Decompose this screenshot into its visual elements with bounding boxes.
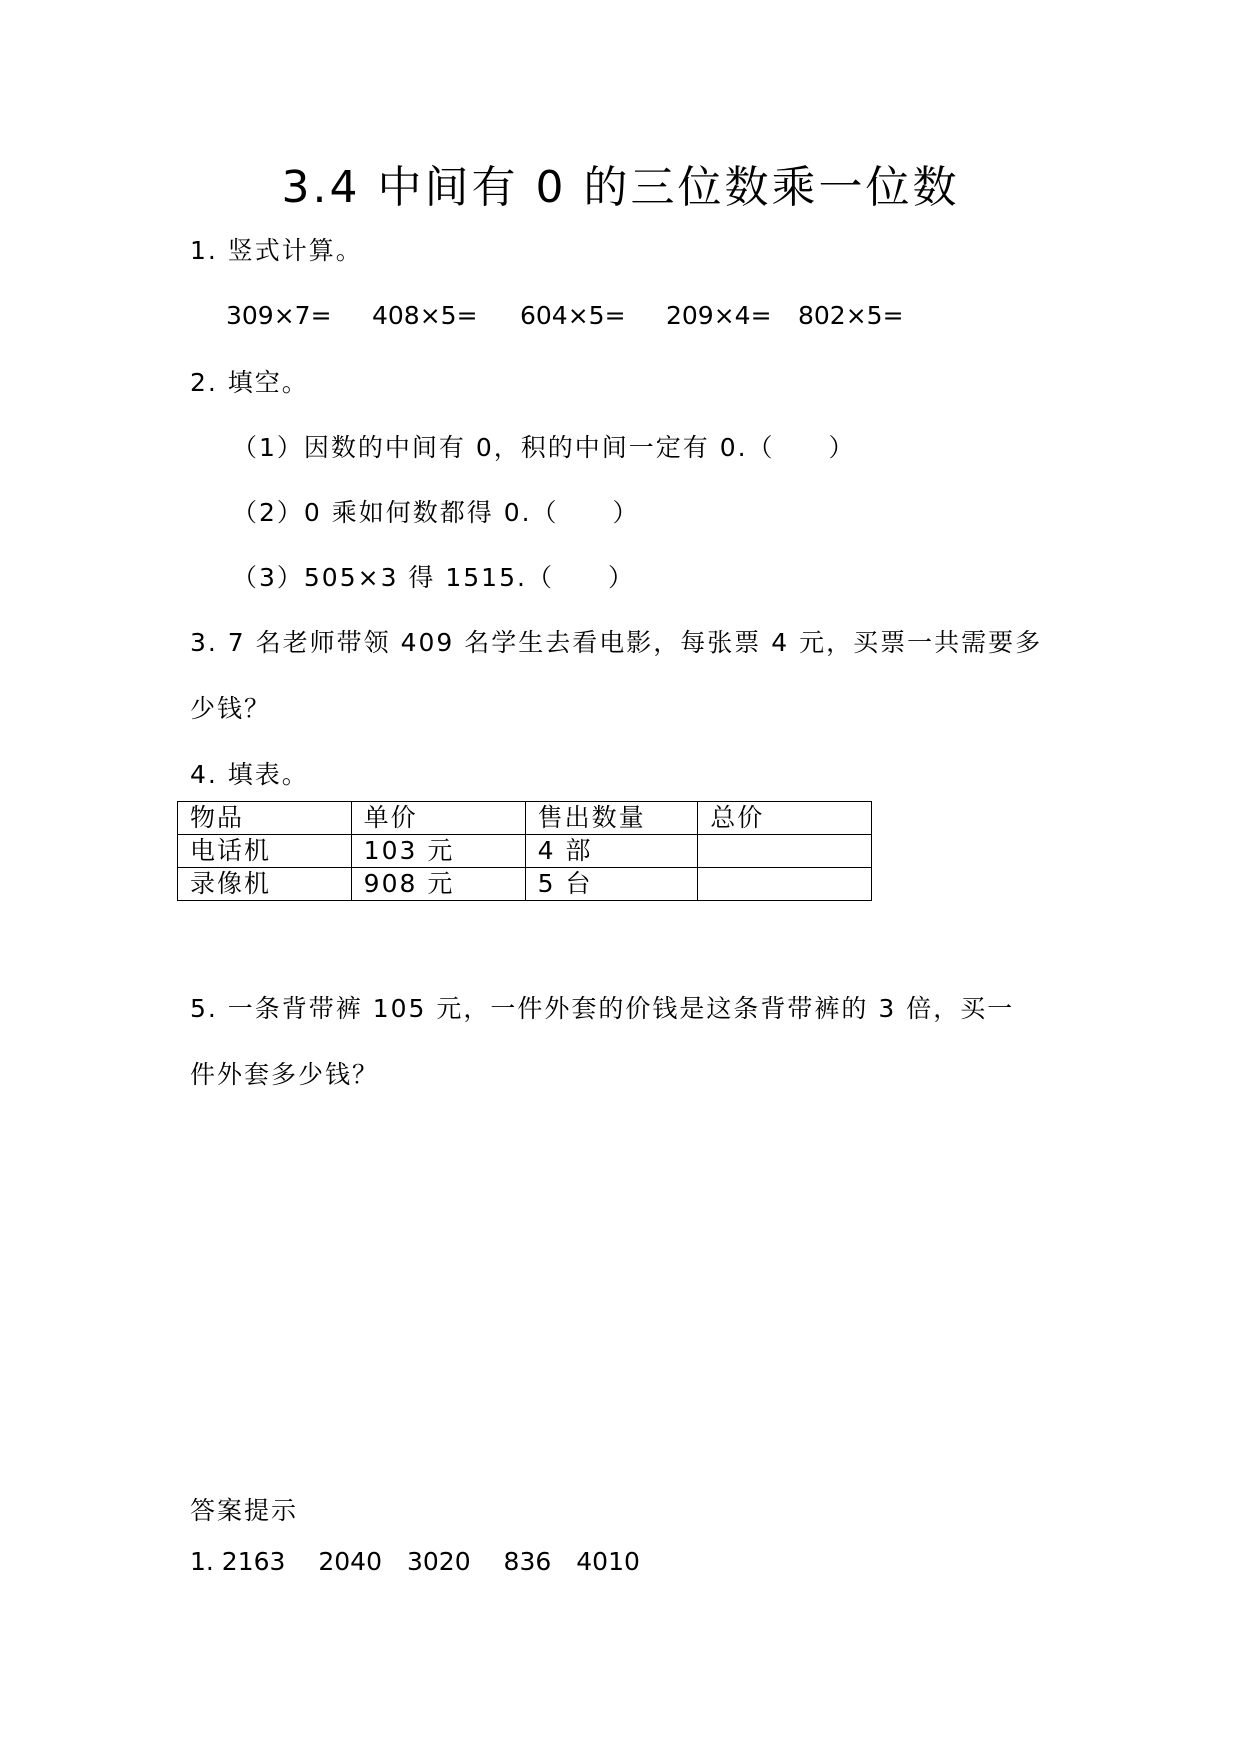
table-header-cell: 总价 [698, 802, 872, 835]
question-2-item-1: （1）因数的中间有 0，积的中间一定有 0.（ ） [232, 431, 856, 465]
table-row: 录像机 908 元 5 台 [178, 868, 872, 901]
equation-2: 408×5= [372, 299, 478, 333]
table-cell: 908 元 [351, 868, 525, 901]
equation-1: 309×7= [226, 299, 332, 333]
table-cell: 5 台 [525, 868, 698, 901]
question-3-line-1: 3. 7 名老师带领 409 名学生去看电影，每张票 4 元，买票一共需要多 [190, 626, 1042, 660]
answers-heading: 答案提示 [190, 1494, 298, 1528]
table-header-cell: 单价 [351, 802, 525, 835]
question-1-heading: 1. 竖式计算。 [190, 234, 363, 268]
question-3-line-2: 少钱？ [190, 692, 271, 726]
question-5-line-2: 件外套多少钱？ [190, 1058, 379, 1092]
table-cell: 电话机 [178, 835, 352, 868]
equation-3: 604×5= [520, 299, 626, 333]
table-header-row: 物品 单价 售出数量 总价 [178, 802, 872, 835]
table-cell: 录像机 [178, 868, 352, 901]
equation-5: 802×5= [798, 299, 904, 333]
answers-line-1: 1. 2163 2040 3020 836 4010 [190, 1545, 640, 1579]
table-header-cell: 售出数量 [525, 802, 698, 835]
table-row: 电话机 103 元 4 部 [178, 835, 872, 868]
table-cell-blank [698, 868, 872, 901]
question-2-item-3: （3）505×3 得 1515.（ ） [232, 561, 635, 595]
table-cell: 103 元 [351, 835, 525, 868]
table-cell: 4 部 [525, 835, 698, 868]
fill-in-table: 物品 单价 售出数量 总价 电话机 103 元 4 部 录像机 908 元 5 … [177, 801, 872, 901]
equation-4: 209×4= [666, 299, 772, 333]
question-4-heading: 4. 填表。 [190, 758, 309, 792]
question-2-item-2: （2）0 乘如何数都得 0.（ ） [232, 496, 640, 530]
question-2-heading: 2. 填空。 [190, 366, 309, 400]
table-cell-blank [698, 835, 872, 868]
table-header-cell: 物品 [178, 802, 352, 835]
page-title: 3.4 中间有 0 的三位数乘一位数 [0, 160, 1241, 216]
question-5-line-1: 5. 一条背带裤 105 元，一件外套的价钱是这条背带裤的 3 倍，买一 [190, 992, 1014, 1026]
